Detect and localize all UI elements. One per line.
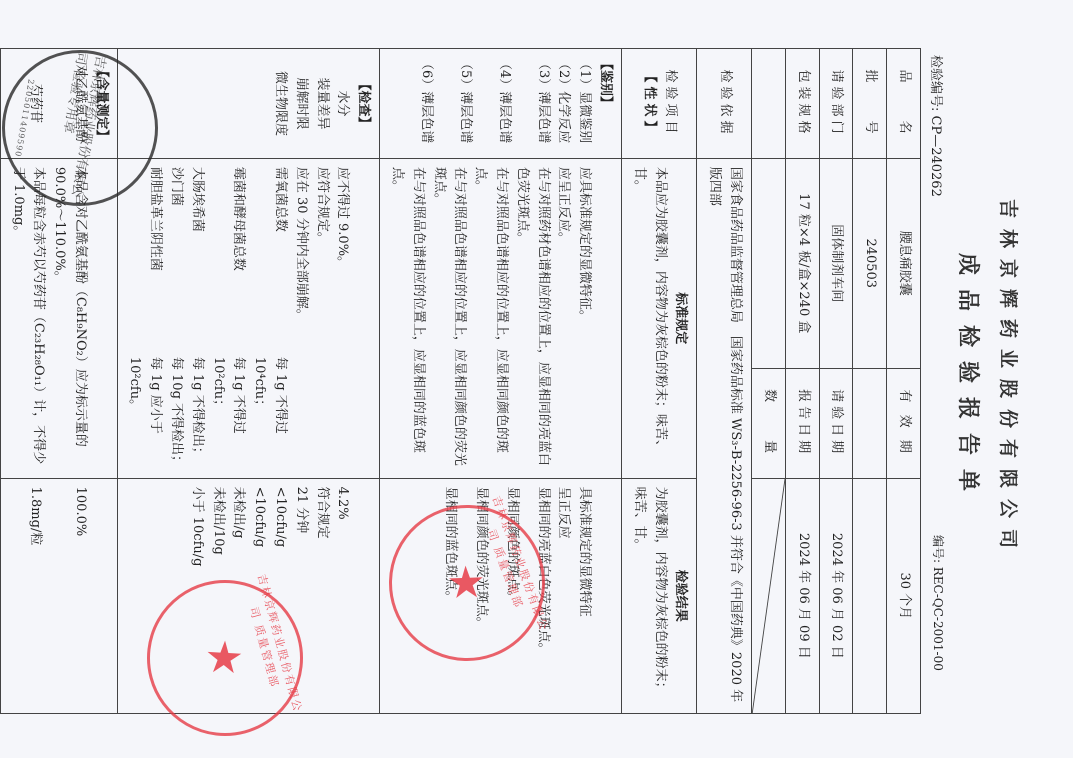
inspection-number: 检验编号: CP—240262 — [928, 55, 947, 197]
microbe-result: <10cfu/g — [269, 487, 290, 705]
package-label: 包装规格 — [785, 49, 819, 159]
microbe-name: 耐胆盐革兰阴性菌 — [124, 167, 166, 357]
scanned-document-background: 吉林京辉药业股份有限公司 成品检验报告单 检验编号: CP—240262 编号:… — [0, 0, 1073, 758]
microbe-limit: 每 1g 不得检出； — [186, 357, 207, 470]
identification-results: 具标准规定的显微特征 呈正反应 显相同的亮蓝白色荧光斑点。 显相同颜色的斑点。 … — [380, 478, 622, 713]
report-date-label: 报告日期 — [785, 368, 819, 478]
appearance-result: 检验结果 为胶囊剂，内容物为灰棕色的粉末；味苦、甘。 — [622, 478, 697, 713]
microbe-name: 沙门菌 — [165, 167, 186, 357]
empty-cell — [853, 368, 887, 478]
assay-item-paracetamol: 对乙酰氨基酚 — [69, 57, 90, 150]
identification-standard-6: 在与对照品色谱相应的位置上，应显相同的蓝色斑点。 — [386, 167, 428, 470]
identification-item-3: （3）薄层色谱 — [532, 57, 553, 150]
microbe-name: 大肠埃希菌 — [186, 167, 207, 357]
identification-standards: 应具标准规定的显微特征。 应呈正反应。 在与对照药材色谱相应的位置上，应显相同的… — [380, 158, 622, 478]
identification-items: 【鉴别】 （1）显微鉴别 （2）化学反应 （3）薄层色谱 （4）薄层色谱 （5）… — [380, 49, 622, 159]
microbe-name: 霉菌和酵母菌总数 — [207, 167, 249, 357]
identification-standard-1: 应具标准规定的显微特征。 — [573, 167, 594, 470]
microbe-limit: 每 1g 应小于 10²cfu。 — [124, 357, 166, 470]
request-date-value: 2024 年 06 月 02 日 — [819, 478, 853, 713]
request-dept-label: 请验部门 — [819, 49, 853, 159]
batch-label: 批 号 — [853, 49, 887, 159]
package-value: 17 粒×4 板/盒×240 盒 — [785, 158, 819, 368]
column-result-label: 检验结果 — [670, 487, 691, 705]
basis-value: 国家食品药品监督管理总局 国家药品标准 WS₃-B-2256-96-3 并符合《… — [697, 158, 752, 713]
microbe-result: 未检出/10g — [207, 487, 228, 705]
request-dept-value: 固体制剂车间 — [819, 158, 853, 368]
check-item-water: 水分 — [332, 57, 353, 150]
section-appearance-heading: 【性状】 — [638, 57, 659, 150]
report-table: 品 名 腰息痛胶囊 有 效 期 30 个月 批 号 240503 请验部门 固体… — [0, 48, 921, 714]
microbe-name: 需氧菌总数 — [248, 167, 290, 357]
report-title: 成品检验报告单 — [954, 0, 985, 758]
microbe-limit: 每 10g 不得检出； — [165, 357, 186, 470]
inspection-report-page: 吉林京辉药业股份有限公司 成品检验报告单 检验编号: CP—240262 编号:… — [0, 0, 1073, 758]
section-identification-heading: 【鉴别】 — [594, 57, 615, 150]
check-item-disintegration: 崩解时限 — [290, 57, 311, 150]
identification-standard-4: 在与对照品色谱相应的位置上，应显相同颜色的斑点。 — [469, 167, 511, 470]
company-name: 吉林京辉药业股份有限公司 — [996, 0, 1023, 758]
column-item-header: 检验项目 【性状】 — [622, 49, 697, 159]
assay-standard-paracetamol: 本品含对乙酰氨基酚（C₈H₉NO₂）应为标示量的 90.0%～110.0%。 — [48, 167, 90, 470]
check-items: 【检查】 水分 装量差异 崩解时限 微生物限度 — [117, 49, 380, 159]
microbe-limit: 每 1g 不得过 10²cfu； — [207, 357, 249, 470]
identification-item-1: （1）显微鉴别 — [573, 57, 594, 150]
appearance-standard: 标准规定 本品应为胶囊剂，内容物为灰棕色的粉末；味苦、甘。 — [622, 158, 697, 478]
product-name-label: 品 名 — [887, 49, 921, 159]
column-item-label: 检验项目 — [659, 57, 680, 150]
report-date-value: 2024 年 06 月 09 日 — [785, 478, 819, 713]
validity-value: 30 个月 — [887, 478, 921, 713]
check-standard-fill-weight: 应符合规定。 — [311, 167, 332, 470]
assay-standard-paeoniflorin: 本品每粒含赤芍以芍药苷（C₂₃H₂₈O₁₁）计，不得少于 1.0mg。 — [7, 167, 49, 470]
identification-result-4: 显相同颜色的斑点。 — [501, 487, 522, 705]
section-assay-heading: 【含量测定】 — [90, 57, 111, 150]
quantity-spacer — [752, 158, 786, 368]
quantity-spacer — [752, 49, 786, 159]
check-standards: 应不得过 9.0%。 应符合规定。 应在 30 分钟内全部崩解。 需氧菌总数每 … — [117, 158, 380, 478]
identification-item-6: （6）薄层色谱 — [415, 57, 436, 150]
microbe-result: <10cfu/g — [248, 487, 269, 705]
identification-standard-5: 在与对照品色谱相应的位置上，应显相同颜色的荧光斑点。 — [428, 167, 470, 470]
assay-result-paeoniflorin: 1.8mg/粒 — [24, 487, 45, 705]
diagonal-strike — [752, 479, 785, 713]
appearance-standard-text: 本品应为胶囊剂，内容物为灰棕色的粉末；味苦、甘。 — [628, 167, 670, 470]
column-standard-label: 标准规定 — [670, 167, 691, 470]
check-standard-water: 应不得过 9.0%。 — [332, 167, 353, 470]
microbe-limit: 每 1g 不得过 10⁴cfu； — [248, 357, 290, 470]
inspection-number-label: 检验编号: — [928, 55, 943, 111]
request-date-label: 请验日期 — [819, 368, 853, 478]
section-check-heading: 【检查】 — [352, 57, 373, 150]
assay-standards: 本品含对乙酰氨基酚（C₈H₉NO₂）应为标示量的 90.0%～110.0%。 本… — [0, 158, 117, 478]
check-standard-disintegration: 应在 30 分钟内全部崩解。 — [290, 167, 311, 470]
identification-standard-2: 应呈正反应。 — [553, 167, 574, 470]
validity-label: 有 效 期 — [887, 368, 921, 478]
form-number-label: 编号: — [931, 535, 945, 563]
microbe-result: 小于 10cfu/g — [186, 487, 207, 705]
assay-items: 【含量测定】 对乙酰氨基酚 芍药苷 — [0, 49, 117, 159]
appearance-result-text: 为胶囊剂，内容物为灰棕色的粉末；味苦、甘。 — [628, 487, 670, 705]
check-results: 4.2% 符合规定 21 分钟 <10cfu/g <10cfu/g 未检出/g … — [117, 478, 380, 713]
assay-item-paeoniflorin: 芍药苷 — [24, 57, 45, 150]
identification-item-2: （2）化学反应 — [553, 57, 574, 150]
quantity-label: 数 量 — [752, 368, 786, 478]
inspection-number-value: CP—240262 — [928, 116, 943, 197]
basis-label: 检验依据 — [697, 49, 752, 159]
identification-result-3: 显相同的亮蓝白色荧光斑点。 — [532, 487, 553, 705]
assay-result-paracetamol: 100.0% — [69, 487, 90, 705]
batch-value: 240503 — [853, 158, 887, 368]
identification-result-1: 具标准规定的显微特征 — [573, 487, 594, 705]
microbial-standards: 需氧菌总数每 1g 不得过 10⁴cfu； 霉菌和酵母菌总数每 1g 不得过 1… — [124, 167, 290, 470]
assay-results: 100.0% 1.8mg/粒 — [0, 478, 117, 713]
identification-item-5: （5）薄层色谱 — [454, 57, 475, 150]
check-result-fill-weight: 符合规定 — [311, 487, 332, 705]
check-item-fill-weight: 装量差异 — [311, 57, 332, 150]
product-name-value: 腰息痛胶囊 — [887, 158, 921, 368]
check-result-disintegration: 21 分钟 — [290, 487, 311, 705]
quantity-value-struck — [752, 478, 786, 713]
identification-result-2: 呈正反应 — [553, 487, 574, 705]
form-number-value: REC-QC-2001-00 — [931, 567, 945, 671]
empty-cell — [853, 478, 887, 713]
check-item-microbial: 微生物限度 — [269, 57, 290, 150]
identification-result-5: 显相同颜色的荧光斑点。 — [470, 487, 491, 705]
identification-standard-3: 在与对照药材色谱相应的位置上，应显相同的亮蓝白色荧光斑点。 — [511, 167, 553, 470]
form-number: 编号: REC-QC-2001-00 — [930, 535, 947, 671]
microbe-result: 未检出/g — [228, 487, 249, 705]
check-result-water: 4.2% — [332, 487, 353, 705]
identification-item-4: （4）薄层色谱 — [493, 57, 514, 150]
identification-result-6: 显相同的蓝色斑点。 — [439, 487, 460, 705]
